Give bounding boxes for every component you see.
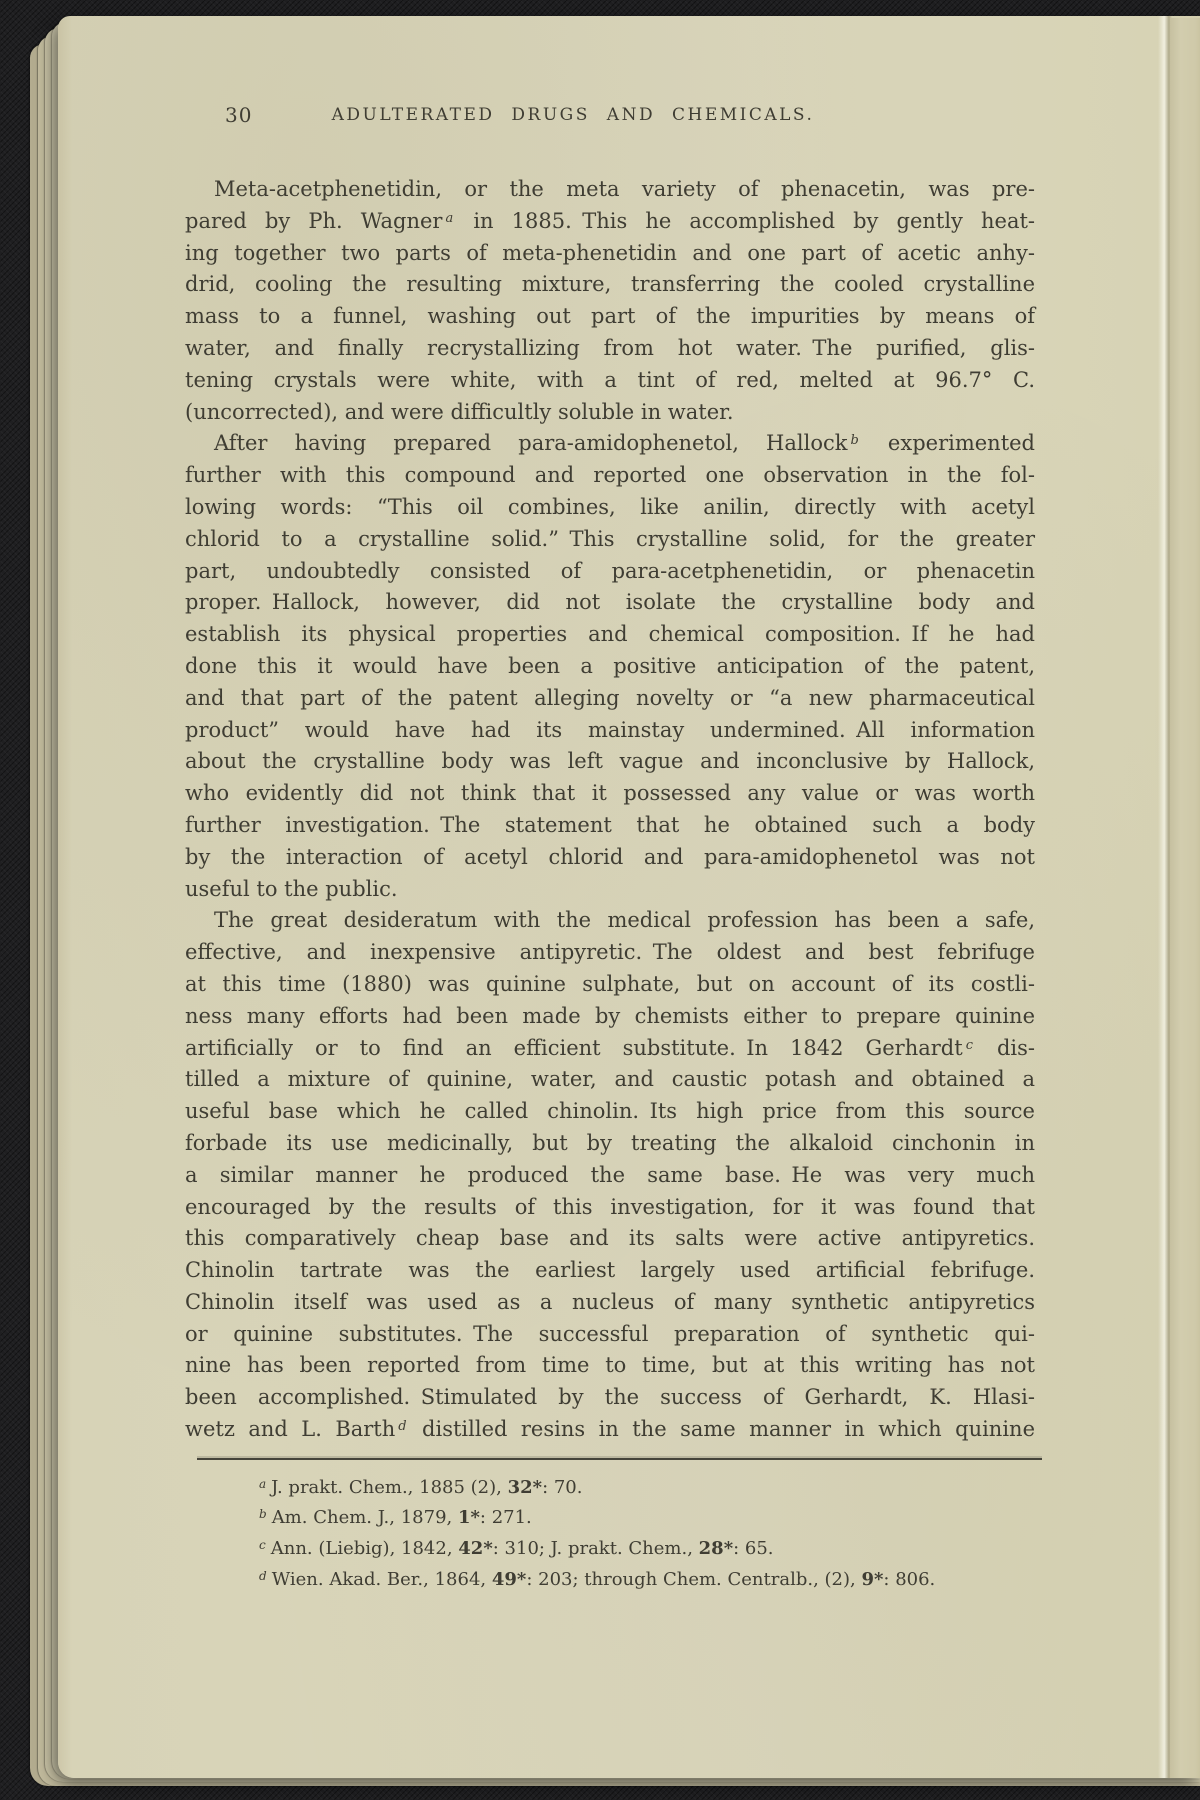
text-line: chlorid to a crystalline solid.” This cr… (185, 524, 1035, 556)
text-line: about the crystalline body was left vagu… (185, 746, 1035, 778)
text-line: at this time (1880) was quinine sulphate… (185, 969, 1035, 1001)
text-line: further with this compound and reported … (185, 460, 1035, 492)
text-line: product” would have had its mainstay und… (185, 715, 1035, 747)
text-line: this comparatively cheap base and its sa… (185, 1223, 1035, 1255)
text-line: proper. Hallock, however, did not isolat… (185, 587, 1035, 619)
text-line: been accomplished. Stimulated by the suc… (185, 1382, 1035, 1414)
text-line: further investigation. The statement tha… (185, 810, 1035, 842)
footnote-marker: c (259, 1538, 266, 1552)
footnotes-section: aJ. prakt. Chem., 1885 (2), 32*: 70.bAm.… (197, 1458, 1042, 1595)
adjacent-page-edge (1170, 18, 1200, 1778)
footnote-reference: c (966, 1038, 973, 1053)
text-line: mass to a funnel, washing out part of th… (185, 301, 1035, 333)
text-line: effective, and inexpensive antipyretic. … (185, 937, 1035, 969)
text-line: useful base which he called chinolin. It… (185, 1096, 1035, 1128)
footnote-item: cAnn. (Liebig), 1842, 42*: 310; J. prakt… (197, 1534, 1042, 1565)
text-line: wetz and L. Barthd distilled resins in t… (185, 1414, 1035, 1446)
book-page: 30 ADULTERATED DRUGS AND CHEMICALS. Meta… (58, 16, 1200, 1778)
running-header-title: ADULTERATED DRUGS AND CHEMICALS. (185, 105, 961, 125)
footnote-marker: b (259, 1507, 267, 1521)
footnote-item: dWien. Akad. Ber., 1864, 49*: 203; throu… (197, 1565, 1042, 1596)
text-line: useful to the public. (185, 874, 1035, 906)
text-line: The great desideratum with the medical p… (185, 905, 1035, 937)
text-line: and that part of the patent alleging nov… (185, 683, 1035, 715)
footnote-reference: b (850, 433, 858, 448)
text-line: Chinolin tartrate was the earliest large… (185, 1255, 1035, 1287)
text-line: (uncorrected), and were difficultly solu… (185, 397, 1035, 429)
body-text: Meta-acetphenetidin, or the meta variety… (185, 174, 1035, 1446)
text-line: by the interaction of acetyl chlorid and… (185, 842, 1035, 874)
photo-background: 30 ADULTERATED DRUGS AND CHEMICALS. Meta… (0, 0, 1200, 1800)
text-line: ness many efforts had been made by chemi… (185, 1001, 1035, 1033)
text-line: tilled a mixture of quinine, water, and … (185, 1064, 1035, 1096)
text-line: Chinolin itself was used as a nucleus of… (185, 1287, 1035, 1319)
text-line: pared by Ph. Wagnera in 1885. This he ac… (185, 206, 1035, 238)
text-line: encouraged by the results of this invest… (185, 1192, 1035, 1224)
text-line: or quinine substitutes. The successful p… (185, 1319, 1035, 1351)
footnote-reference: a (445, 211, 453, 226)
text-line: ing together two parts of meta-phenetidi… (185, 238, 1035, 270)
footnote-item: bAm. Chem. J., 1879, 1*: 271. (197, 1503, 1042, 1534)
text-line: nine has been reported from time to time… (185, 1350, 1035, 1382)
text-line: water, and finally recrystallizing from … (185, 333, 1035, 365)
text-line: done this it would have been a positive … (185, 651, 1035, 683)
text-line: who evidently did not think that it poss… (185, 778, 1035, 810)
footnote-reference: d (398, 1419, 406, 1434)
text-line: tening crystals were white, with a tint … (185, 365, 1035, 397)
footnote-marker: a (259, 1477, 266, 1491)
running-header: 30 ADULTERATED DRUGS AND CHEMICALS. (185, 102, 1035, 132)
footnote-item: aJ. prakt. Chem., 1885 (2), 32*: 70. (197, 1473, 1042, 1504)
text-line: Meta-acetphenetidin, or the meta variety… (185, 174, 1035, 206)
text-line: lowing words: “This oil combines, like a… (185, 492, 1035, 524)
text-line: forbade its use medicinally, but by trea… (185, 1128, 1035, 1160)
text-line: part, undoubtedly consisted of para-acet… (185, 556, 1035, 588)
text-line: establish its physical properties and ch… (185, 619, 1035, 651)
text-line: a similar manner he produced the same ba… (185, 1160, 1035, 1192)
text-line: After having prepared para-amidophenetol… (185, 428, 1035, 460)
text-line: artificially or to find an efficient sub… (185, 1033, 1035, 1065)
page-content: 30 ADULTERATED DRUGS AND CHEMICALS. Meta… (185, 102, 1035, 1595)
text-line: drid, cooling the resulting mixture, tra… (185, 269, 1035, 301)
footnote-marker: d (259, 1569, 267, 1583)
